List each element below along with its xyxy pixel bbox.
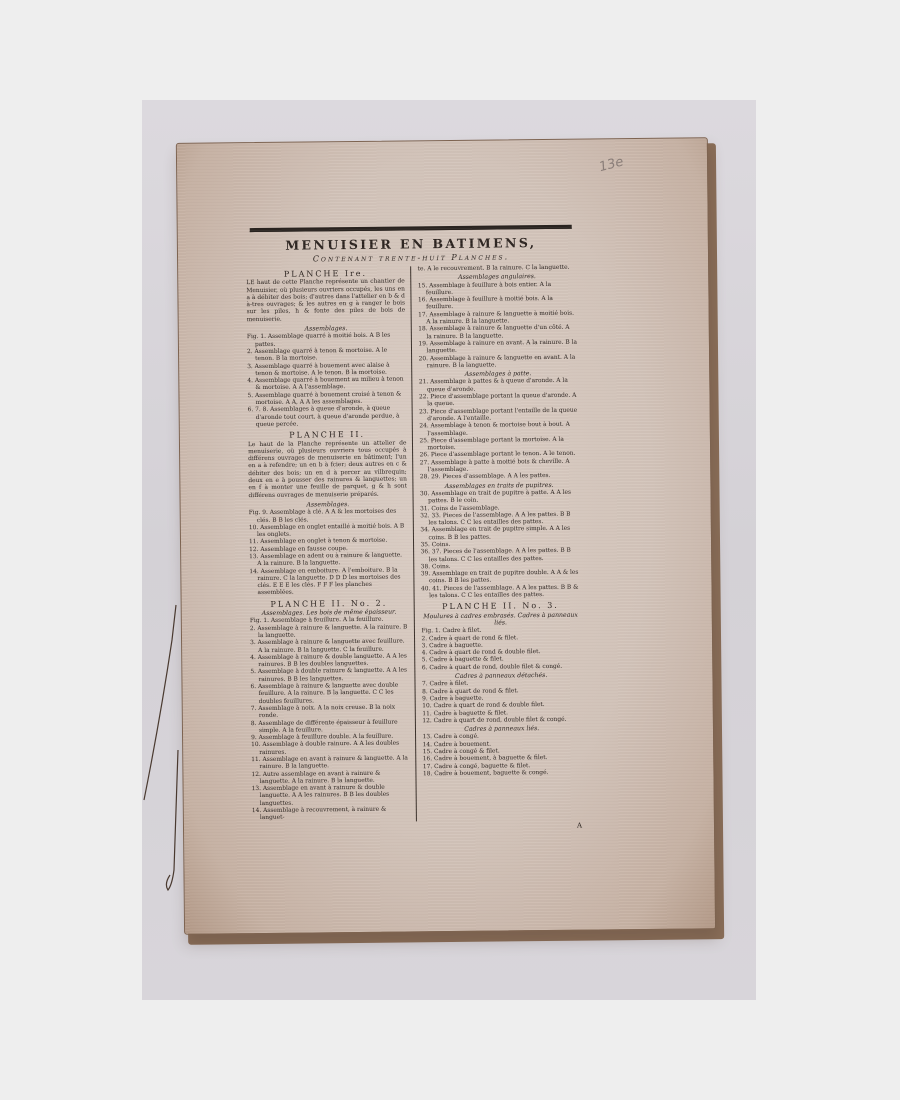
list-item: 3. Assemblage à rainure & languette avec… (250, 639, 409, 655)
list-item: 7. Assemblage à noix. A la noix creuse. … (251, 704, 410, 720)
list-item: 3. Assemblage quarré à bouement avec ala… (247, 362, 406, 378)
list-item: Fig. 1. Cadre à filet. (421, 627, 580, 636)
text-columns: PLANCHE Ire.LE haut de cette Planche rep… (246, 265, 582, 823)
list-item: 11. Assemblage en onglet à tenon & morto… (249, 538, 408, 547)
list-item: 12. Assemblage en fausse coupe. (249, 545, 408, 554)
list-item: 13. Cadre à congé. (423, 733, 582, 742)
list-item: 6. Assemblage à rainure & languette avec… (250, 682, 409, 706)
list-item: 4. Cadre à quart de rond & double filet. (422, 649, 581, 658)
list-item: 9. Cadre à baguette. (422, 695, 581, 704)
list-item: 14. Cadre à bouement. (423, 740, 582, 749)
paragraph: Le haut de la Planche représente un atte… (248, 440, 407, 500)
list-item: 2. Assemblage à rainure & languette. A l… (250, 624, 409, 640)
list-item: 6. Cadre à quart de rond, double filet &… (422, 663, 581, 672)
page-title: MENUISIER EN BATIMENS, (246, 235, 576, 253)
list-item: 14. Assemblage à recouvrement, à rainure… (252, 807, 411, 823)
list-item: 39. Assemblage en trait de pupitre doubl… (421, 570, 580, 586)
list-item: 27. Assemblage à patte à moitié bois & c… (420, 458, 579, 474)
list-item: 9. Assemblage à feuillure double. A la f… (251, 734, 410, 743)
list-item: 28. 29. Pieces d'assemblage. A A les pat… (420, 473, 579, 482)
left-column: PLANCHE Ire.LE haut de cette Planche rep… (246, 266, 416, 822)
list-item: 30. Assemblage en trait de pupitre à pat… (420, 490, 579, 506)
list-item: 8. Assemblage de différente épaisseur à … (251, 719, 410, 735)
list-item: 11. Cadre à baguette & filet. (422, 709, 581, 718)
section-heading: Cadres à panneaux liés. (422, 725, 581, 734)
list-item: te. A le recouvrement. B la rainure. C l… (418, 265, 577, 274)
document-photo: 13e MENUISIER EN BATIMENS, Contenant tre… (142, 100, 756, 1000)
paragraph: LE haut de cette Planche représente un c… (246, 279, 405, 324)
section-heading: Assemblages. (247, 325, 406, 334)
list-item: 18. Assemblage à rainure & languette d'u… (418, 325, 577, 341)
right-column: te. A le recouvrement. B la rainure. C l… (411, 265, 582, 821)
list-item: 5. Assemblage à double rainure & languet… (250, 668, 409, 684)
list-item: 6. 7. 8. Assemblages à queue d'aronde, à… (248, 406, 407, 430)
page-subtitle: Contenant trente-huit Planches. (246, 252, 576, 264)
list-item: 25. Piece d'assemblage portant la mortoi… (419, 436, 578, 452)
list-item: 36. 37. Pieces de l'assemblage. A A les … (421, 548, 580, 564)
section-heading: Assemblages à patte. (419, 370, 578, 379)
list-item: 14. Assemblage en emboiture. A l'emboitu… (249, 567, 408, 598)
list-item: 22. Piece d'assemblage portant la queue … (419, 393, 578, 409)
list-item: 8. Cadre à quart de rond & filet. (422, 687, 581, 696)
section-heading: Moulures à cadres embrasés. Cadres à pan… (421, 611, 580, 627)
binding-thread (142, 600, 182, 900)
list-item: 15. Assemblage à feuillure à bois entier… (418, 281, 577, 297)
list-item: 10. Cadre à quart de rond & double filet… (422, 702, 581, 711)
section-heading: Assemblages. (249, 500, 408, 509)
paper-stack: 13e MENUISIER EN BATIMENS, Contenant tre… (176, 137, 724, 943)
list-item: 2. Cadre à quart de rond & filet. (422, 634, 581, 643)
list-item: 31. Coins de l'assemblage. (420, 504, 579, 513)
list-item: 38. Coins. (421, 563, 580, 572)
plate-heading: PLANCHE II. No. 2. (250, 599, 409, 608)
section-heading: Cadres à panneaux détachés. (422, 672, 581, 681)
list-item: 15. Cadre à congé & filet. (423, 748, 582, 757)
list-item: 21. Assemblage à pattes & à queue d'aron… (419, 378, 578, 394)
list-item: 12. Autre assemblage en avant à rainure … (251, 770, 410, 786)
list-item: 40. 41. Pieces de l'assemblage. A A les … (421, 584, 580, 600)
list-item: 3. Cadre à baguette. (422, 641, 581, 650)
section-heading: Assemblages. Les bois de même épaisseur. (250, 609, 409, 618)
plate-heading: PLANCHE Ire. (246, 269, 405, 278)
list-item: 26. Piece d'assemblage portant le tenon.… (420, 451, 579, 460)
list-item: 23. Piece d'assemblage portant l'entaill… (419, 407, 578, 423)
list-item: 34. Assemblage en trait de pupitre simpl… (420, 526, 579, 542)
list-item: 13. Assemblage en avant à rainure & doub… (252, 785, 411, 809)
list-item: Fig. 1. Assemblage quarré à moitié bois.… (247, 333, 406, 349)
list-item: 12. Cadre à quart de rond, double filet … (422, 716, 581, 725)
section-heading: Assemblages angulaires. (418, 273, 577, 282)
signature-mark: A (252, 821, 582, 832)
list-item: 18. Cadre à bouement, baguette & congé. (423, 770, 582, 779)
list-item: 16. Cadre à bouement, à baguette & filet… (423, 755, 582, 764)
list-item: 4. Assemblage à rainure & double languet… (250, 653, 409, 669)
list-item: 5. Cadre à baguette & filet. (422, 656, 581, 665)
list-item: 10. Assemblage à double rainure. A A les… (251, 741, 410, 757)
pencil-annotation: 13e (598, 154, 626, 175)
text-block: MENUISIER EN BATIMENS, Contenant trente-… (246, 225, 582, 833)
plate-heading: PLANCHE II. (248, 431, 407, 440)
list-item: 10. Assemblage en onglet entaillé à moit… (249, 523, 408, 539)
list-item: 17. Cadre à congé, baguette & filet. (423, 762, 582, 771)
list-item: 19. Assemblage à rainure en avant. A la … (418, 340, 577, 356)
list-item: 17. Assemblage à rainure & languette à m… (418, 310, 577, 326)
printed-page: 13e MENUISIER EN BATIMENS, Contenant tre… (176, 137, 716, 935)
list-item: Fig. 9. Assemblage à clé. A A & les mort… (249, 509, 408, 525)
list-item: 24. Assemblage à tenon & mortoise bout à… (419, 422, 578, 438)
plate-heading: PLANCHE II. No. 3. (421, 602, 580, 611)
list-item: 7. Cadre à filet. (422, 680, 581, 689)
list-item: 35. Coins. (421, 541, 580, 550)
list-item: 5. Assemblage quarré à bouement croisé à… (247, 391, 406, 407)
title-rule (250, 225, 572, 232)
section-heading: Assemblages en traits de pupitres. (420, 481, 579, 490)
list-item: 32. 33. Pieces de l'assemblage. A A les … (420, 511, 579, 527)
list-item: 16. Assemblage à feuillure à moitié bois… (418, 296, 577, 312)
list-item: 11. Assemblage en avant à rainure & lang… (251, 755, 410, 771)
list-item: Fig. 1. Assemblage à feuillure. A la feu… (250, 617, 409, 626)
list-item: 20. Assemblage à rainure & languette en … (419, 354, 578, 370)
list-item: 13. Assemblage en adent ou à rainure & l… (249, 552, 408, 568)
list-item: 2. Assemblage quarré à tenon & mortoise.… (247, 347, 406, 363)
list-item: 4. Assemblage quarré à bouement au milie… (247, 377, 406, 393)
